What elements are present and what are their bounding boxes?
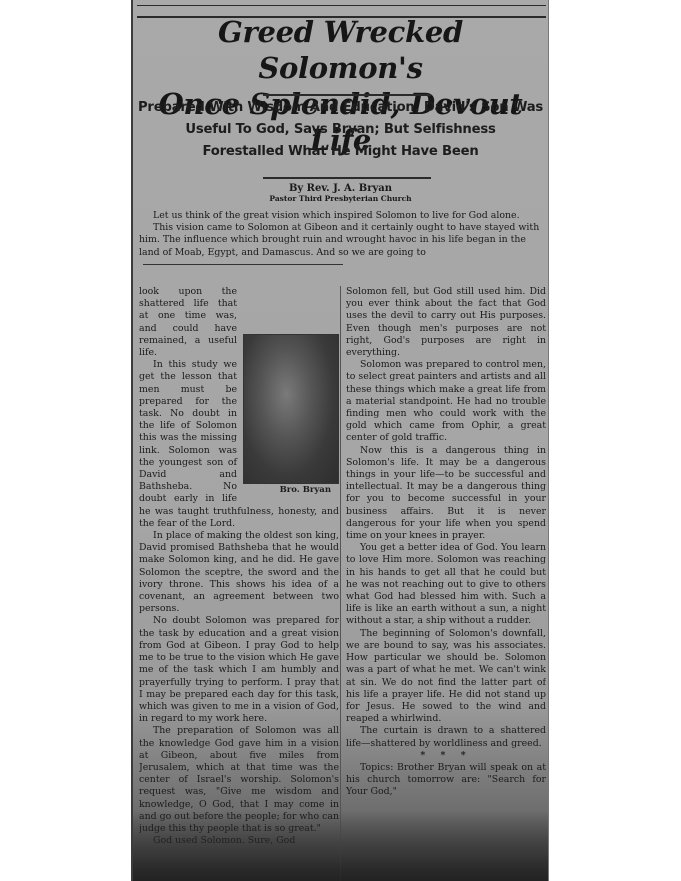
- paragraph: Solomon fell, but God still used him. Di…: [346, 286, 546, 359]
- byline-author: By Rev. J. A. Bryan: [289, 183, 392, 194]
- lead-paragraph: This vision came to Solomon at Gibeon an…: [139, 222, 544, 271]
- deck-line-3: Forestalled What He Might Have Been: [133, 141, 548, 163]
- byline: By Rev. J. A. Bryan Pastor Third Presbyt…: [133, 183, 548, 203]
- right-column: Solomon fell, but God still used him. Di…: [346, 286, 546, 873]
- headline-divider: [263, 94, 431, 96]
- paragraph: You get a better idea of God. You learn …: [346, 542, 546, 627]
- closing-note: Topics: Brother Bryan will speak on at h…: [346, 762, 546, 799]
- column-break-rule: [143, 264, 343, 265]
- byline-title: Pastor Third Presbyterian Church: [133, 194, 548, 203]
- paragraph: The preparation of Solomon was all the k…: [139, 725, 339, 835]
- paragraph: The curtain is drawn to a shattered life…: [346, 725, 546, 749]
- paragraph: Now this is a dangerous thing in Solomon…: [346, 445, 546, 543]
- paragraph: Solomon was prepared to control men, to …: [346, 359, 546, 444]
- masthead-rule: [137, 5, 546, 6]
- newspaper-clipping: Greed Wrecked Solomon's Once Splendid, D…: [131, 0, 549, 881]
- subheadline-deck: Prepared With Wisdom And Education, Davi…: [133, 97, 548, 163]
- deck-line-1: Prepared With Wisdom And Education, Davi…: [133, 97, 548, 119]
- author-photo: Bro. Bryan: [243, 334, 339, 496]
- paragraph: In place of making the oldest son king, …: [139, 530, 339, 615]
- paragraph: The beginning of Solomon's downfall, we …: [346, 628, 546, 726]
- column-separator: [340, 286, 341, 881]
- headline-line-1: Greed Wrecked Solomon's: [133, 14, 548, 86]
- paragraph: God used Solomon. Sure, God: [139, 835, 339, 847]
- deck-line-2: Useful To God, Says Bryan; But Selfishne…: [133, 119, 548, 141]
- paragraph: No doubt Solomon was prepared for the ta…: [139, 615, 339, 725]
- left-column: Bro. Bryan look upon the shattered life …: [139, 286, 339, 873]
- deck-divider: [263, 177, 431, 179]
- lead-paragraphs: Let us think of the great vision which i…: [139, 210, 544, 271]
- photo-caption: Bro. Bryan: [243, 484, 339, 496]
- lead-paragraph: Let us think of the great vision which i…: [139, 210, 544, 222]
- section-separator: * * *: [346, 750, 546, 762]
- portrait-image: [243, 334, 339, 484]
